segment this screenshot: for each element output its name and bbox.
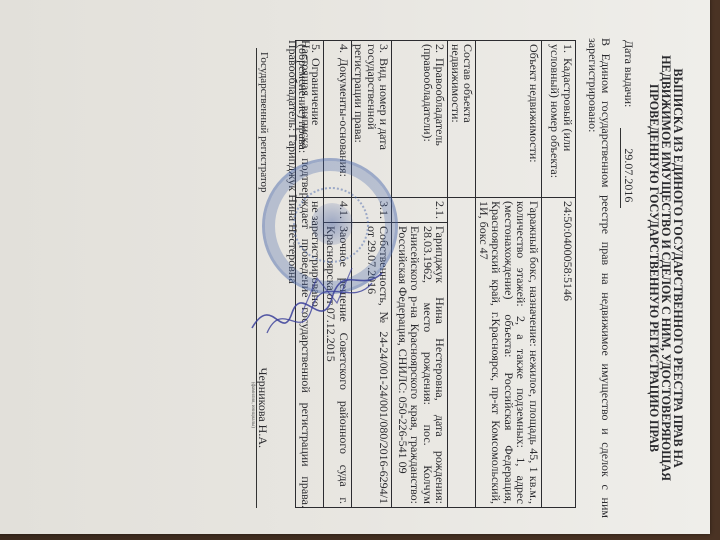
- registrar-hint: (фамилия, инициалы): [250, 382, 255, 428]
- row-label: Состав объекта недвижимости:: [448, 41, 476, 198]
- row-label: 1.Кадастровый (или условный) номер объек…: [542, 41, 576, 198]
- object-composition: [448, 198, 476, 508]
- coat-of-arms-icon: [311, 203, 353, 245]
- title-line-3: ПРОВЕДЕННУЮ ГОСУДАРСТВЕННУЮ РЕГИСТРАЦИЮ …: [648, 28, 660, 508]
- title-line-2: НЕДВИЖИМОЕ ИМУЩЕСТВО И СДЕЛОК С НИМ, УДО…: [660, 28, 672, 508]
- registry-extract-page: ВЫПИСКА ИЗ ЕДИНОГО ГОСУДАРСТВЕННОГО РЕЕС…: [0, 0, 710, 534]
- table-row: Объект недвижимости: Гаражный бокс, назн…: [476, 41, 542, 508]
- issue-date-value: 29.07.2016: [620, 128, 636, 208]
- table-row: 2.Правообладатель (правообладатели): 2.1…: [392, 41, 448, 508]
- row-label: 2.Правообладатель (правообладатели):: [392, 41, 448, 198]
- issue-date: Дата выдачи: 29.07.2016: [620, 40, 636, 208]
- sub-number: 2.1.: [392, 198, 448, 223]
- registrar-role: Государственный регистратор: [258, 52, 270, 193]
- row-label: Объект недвижимости:: [476, 41, 542, 198]
- right-holder: Гарипджук Нина Нестеровна, дата рождения…: [392, 223, 448, 508]
- document-title: ВЫПИСКА ИЗ ЕДИНОГО ГОСУДАРСТВЕННОГО РЕЕС…: [648, 28, 684, 508]
- intro-text: В Едином государственном реестре прав на…: [586, 38, 612, 518]
- issue-date-label: Дата выдачи:: [622, 40, 636, 107]
- title-line-1: ВЫПИСКА ИЗ ЕДИНОГО ГОСУДАРСТВЕННОГО РЕЕС…: [672, 28, 684, 508]
- cadastral-number: 24:50:0400058:5146: [542, 198, 576, 508]
- property-object: Гаражный бокс, назначение: нежилое, площ…: [476, 198, 542, 508]
- signature-icon: [242, 253, 392, 343]
- table-row: 1.Кадастровый (или условный) номер объек…: [542, 41, 576, 508]
- table-row: Состав объекта недвижимости:: [448, 41, 476, 508]
- registrar-name: Черникова Н.А.: [255, 368, 270, 448]
